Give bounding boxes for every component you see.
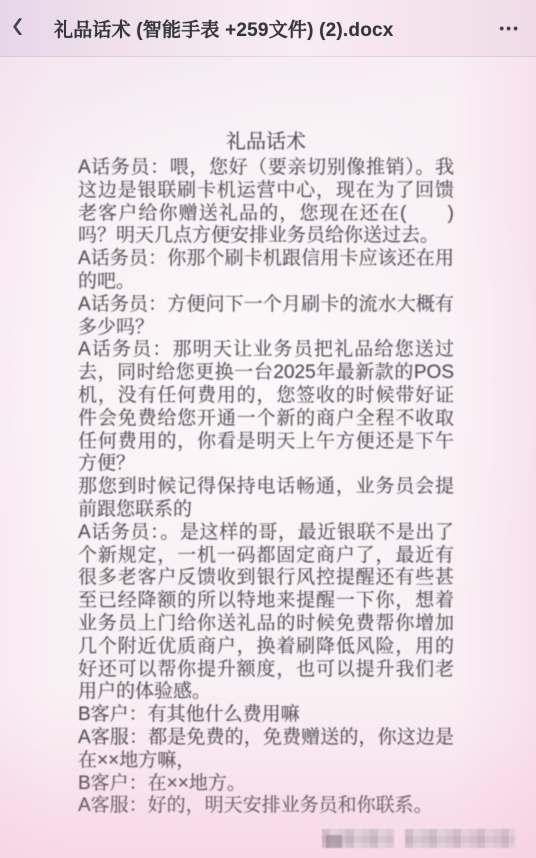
mosaic-block-group	[322, 829, 394, 848]
script-paragraph: A话务员：方便问下一个月刷卡的流水大概有多少吗？	[78, 294, 454, 340]
script-paragraph: A话务员：喂，您好（要亲切别像推销）。我这边是银联刷卡机运营中心，现在为了回馈老…	[78, 157, 454, 248]
script-paragraph: A话务员：你那个刷卡机跟信用卡应该还在用的吧。	[78, 248, 454, 294]
script-paragraph: A话务员：那明天让业务员把礼品给您送过去，同时给您更换一台2025年最新款的PO…	[78, 339, 454, 476]
document-filename: 礼品话术 (智能手表 +259文件) (2).docx	[54, 15, 491, 42]
script-paragraph: A话务员：。是这样的哥，最近银联不是出了个新规定，一机一码都固定商户了，最近有很…	[78, 522, 454, 704]
script-paragraph: A客服：好的，明天安排业务员和你联系。	[78, 795, 454, 818]
script-paragraph: B客户：有其他什么费用嘛	[78, 704, 454, 727]
app-header: ‹ 礼品话术 (智能手表 +259文件) (2).docx •••	[0, 0, 536, 57]
document-title: 礼品话术	[78, 130, 454, 154]
back-icon[interactable]: ‹	[12, 3, 38, 46]
script-paragraph: 那您到时候记得保持电话畅通，业务员会提前跟您联系的	[78, 476, 454, 522]
document-page[interactable]: 礼品话术 A话务员：喂，您好（要亲切别像推销）。我这边是银联刷卡机运营中心，现在…	[0, 57, 536, 858]
censored-watermark	[322, 829, 515, 848]
document-viewer-screen: ‹ 礼品话术 (智能手表 +259文件) (2).docx ••• 礼品话术 A…	[0, 0, 536, 858]
script-paragraph: B客户：在××地方。	[78, 773, 454, 796]
script-paragraph: A客服：都是免费的，免费赠送的，你这边是在××地方嘛，	[78, 727, 454, 773]
more-options-icon[interactable]: •••	[499, 20, 520, 36]
mosaic-block-group	[405, 829, 515, 848]
